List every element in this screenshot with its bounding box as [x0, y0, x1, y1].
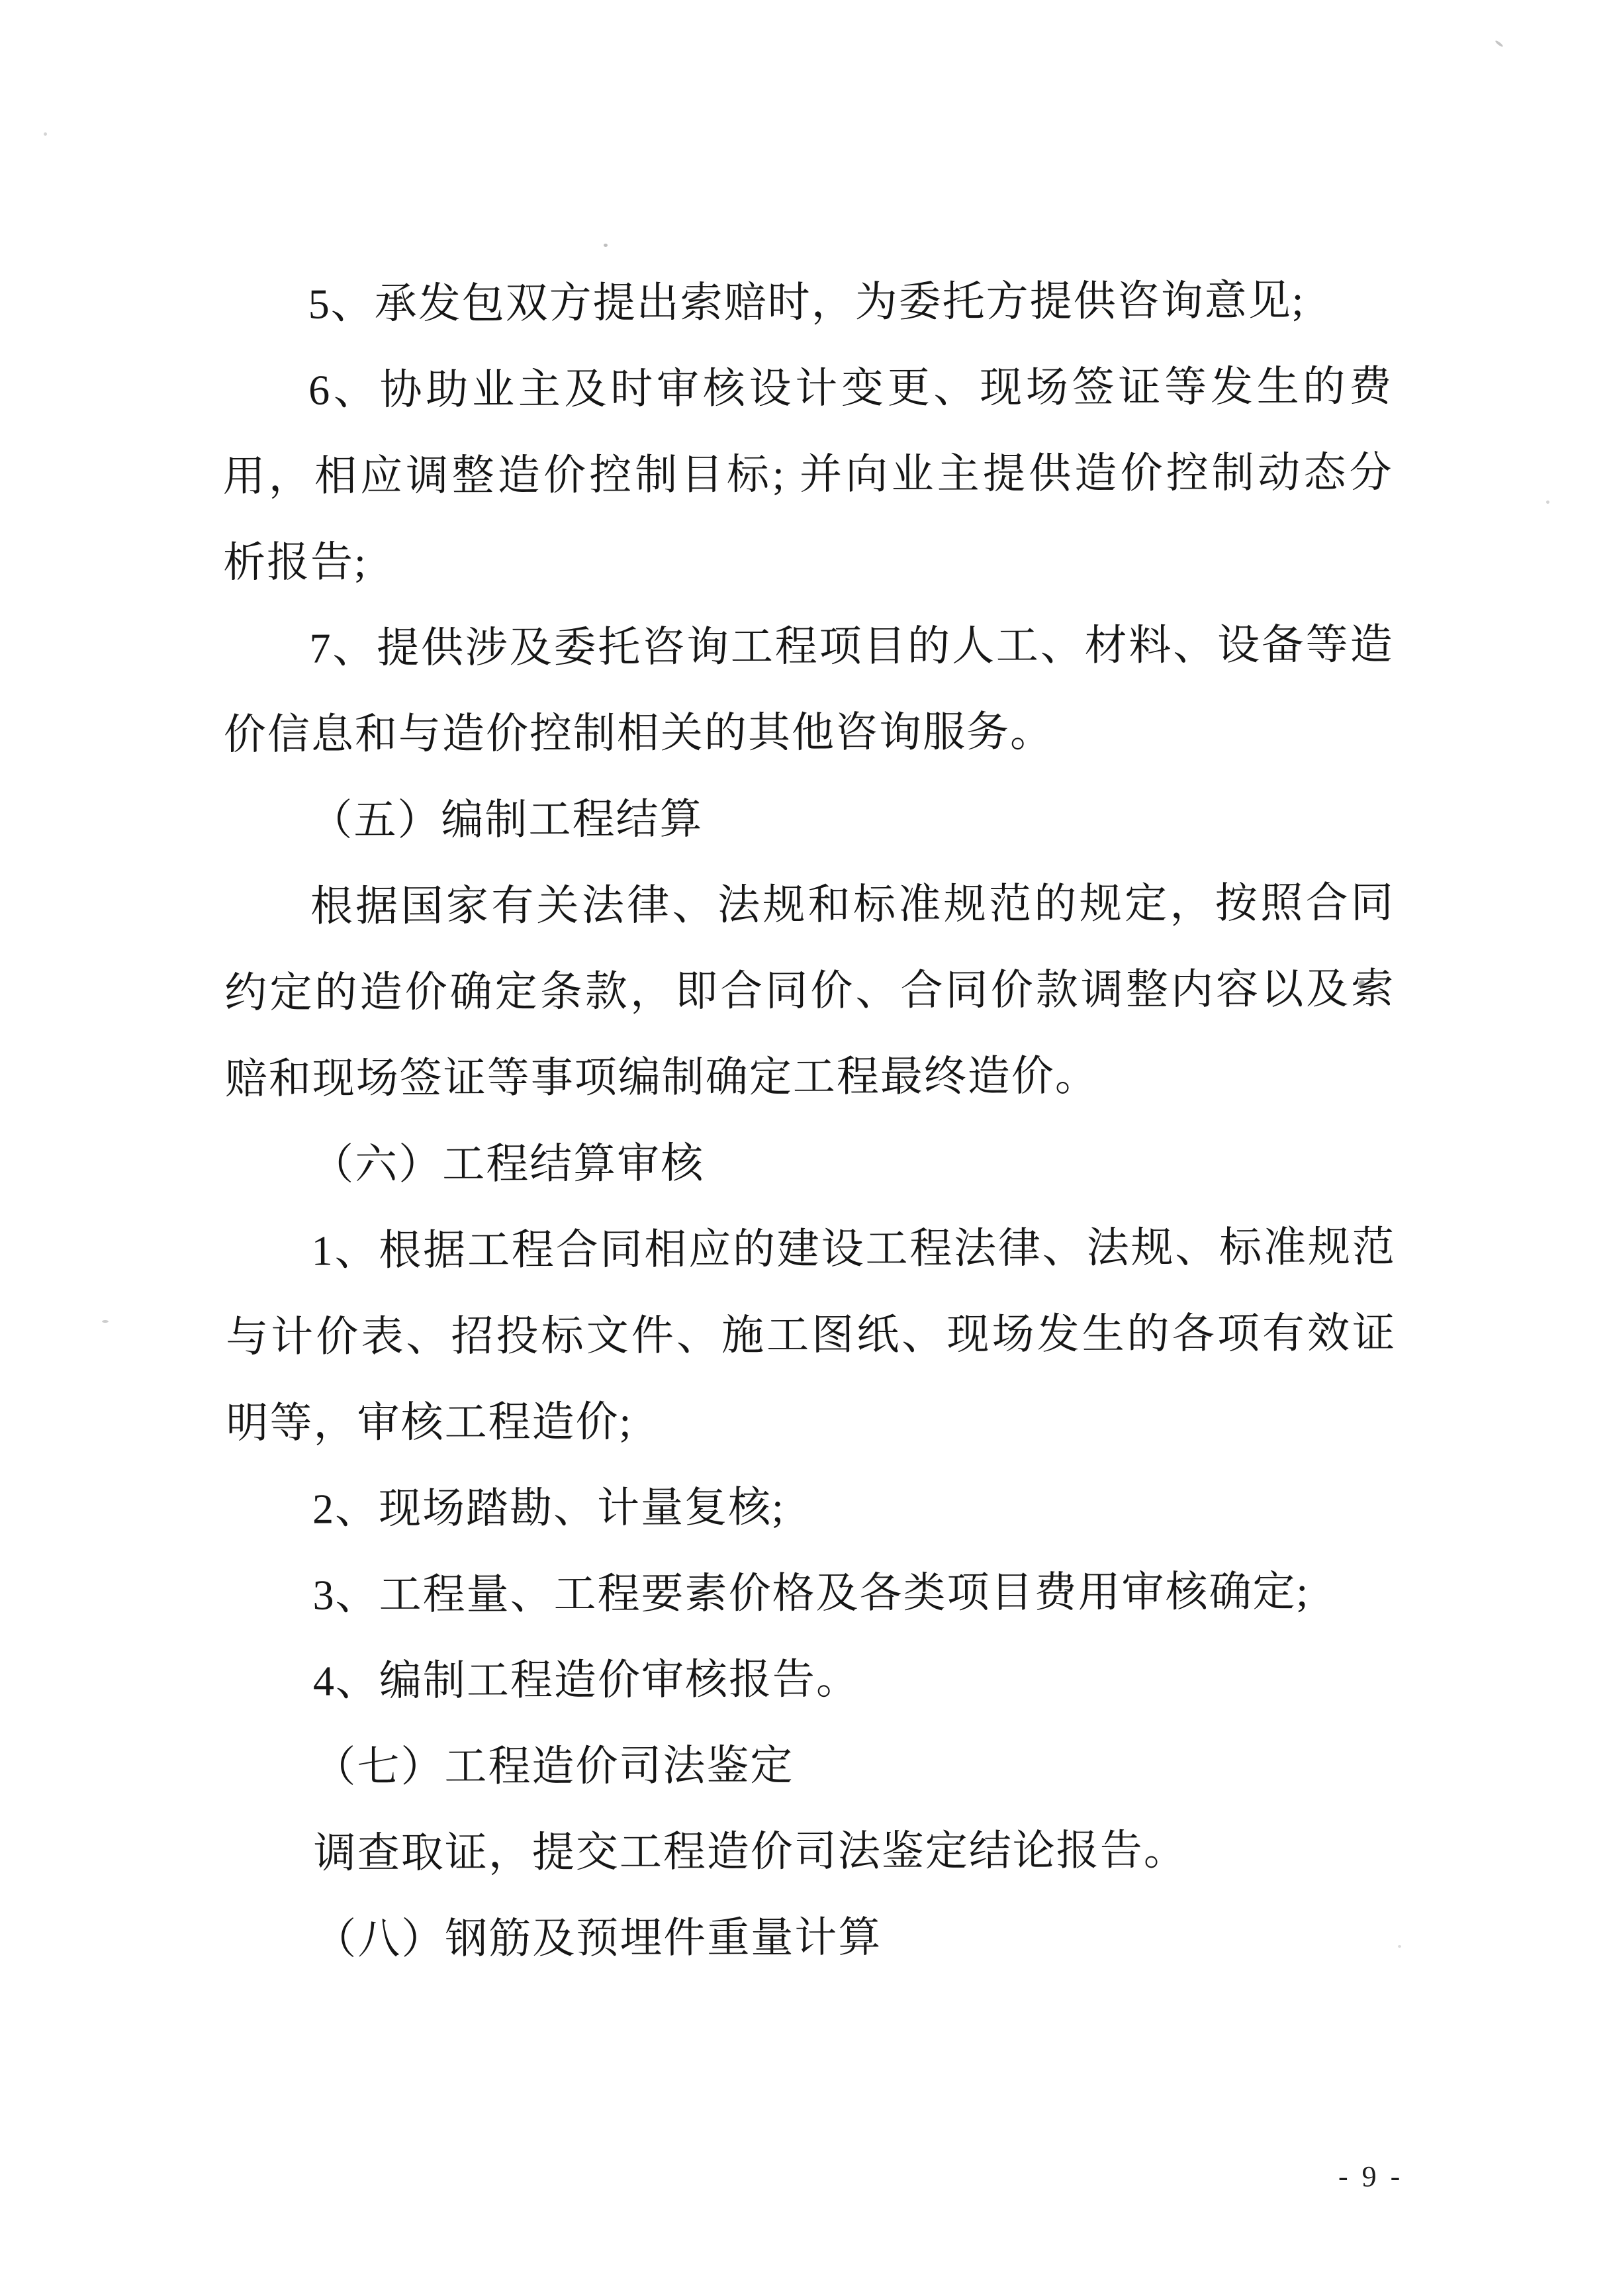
list-item: 3、工程量、工程要素价格及各类项目费用审核确定;	[226, 1549, 1397, 1639]
list-item: 7、提供涉及委托咨询工程项目的人工、材料、设备等造	[223, 602, 1393, 692]
text-line: 用，相应调整造价控制目标; 并向业主提供造价控制动态分	[222, 430, 1393, 520]
scan-speckle	[1398, 1945, 1401, 1948]
text-line: 析报告;	[223, 516, 1393, 606]
text-line: 赔和现场签证等事项编制确定工程最终造价。	[225, 1032, 1395, 1122]
text-line: 根据国家有关法律、法规和标准规范的规定，按照合同	[224, 860, 1395, 950]
document-body: 5、承发包双方提出索赔时，为委托方提供咨询意见; 6、协助业主及时审核设计变更、…	[222, 258, 1398, 1983]
list-item: 4、编制工程造价审核报告。	[227, 1635, 1397, 1725]
scan-speckle	[102, 1320, 109, 1323]
scan-speckle	[604, 244, 608, 247]
section-heading: （六）工程结算审核	[225, 1118, 1395, 1208]
text-line: 与计价表、招投标文件、施工图纸、现场发生的各项有效证	[226, 1290, 1396, 1380]
section-heading: （七）工程造价司法鉴定	[227, 1721, 1397, 1811]
section-heading: （五）编制工程结算	[224, 774, 1394, 864]
text-line: 明等，审核工程造价;	[226, 1376, 1396, 1466]
text-line: 价信息和与造价控制相关的其他咨询服务。	[224, 688, 1394, 778]
scan-speckle	[1495, 40, 1503, 48]
list-item: 2、现场踏勘、计量复核;	[226, 1462, 1397, 1553]
page-number: - 9 -	[1338, 2160, 1403, 2193]
scan-speckle	[1546, 501, 1549, 504]
list-item: 1、根据工程合同相应的建设工程法律、法规、标准规范	[225, 1204, 1395, 1294]
scanned-document-page: { "page": { "number": "- 9 -" }, "docume…	[0, 0, 1611, 2296]
text-line: 约定的造价确定条款，即合同价、合同价款调整内容以及索	[224, 946, 1395, 1036]
scan-speckle	[686, 816, 688, 818]
list-item: 6、协助业主及时审核设计变更、现场签证等发生的费	[222, 344, 1393, 434]
scan-speckle	[44, 132, 47, 136]
list-item: 5、承发包双方提出索赔时，为委托方提供咨询意见;	[222, 258, 1392, 348]
section-heading: （八）钢筋及预埋件重量计算	[228, 1893, 1398, 1983]
text-line: 调查取证，提交工程造价司法鉴定结论报告。	[228, 1807, 1398, 1897]
